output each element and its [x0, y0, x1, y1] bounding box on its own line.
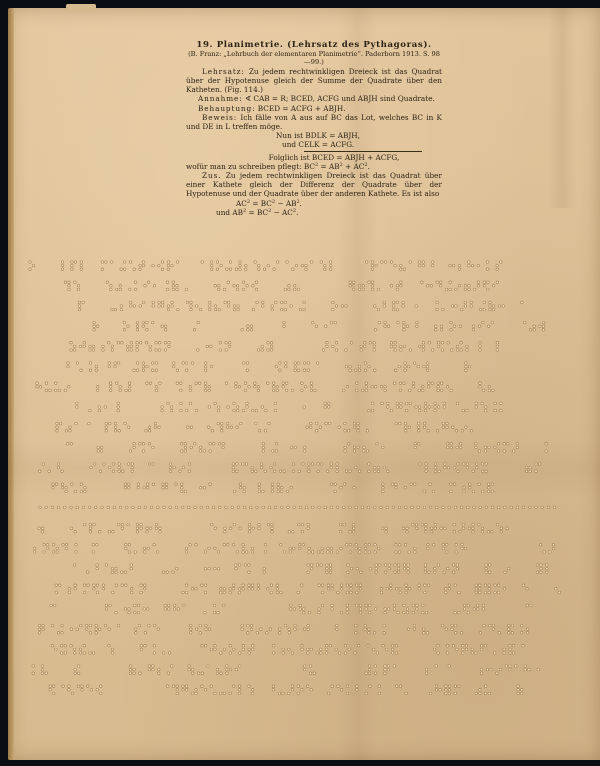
corollary-label: Zus.	[202, 171, 221, 180]
formula-text: = BC	[250, 199, 272, 208]
corollary-text: Zu jedem rechtwinkligen Dreieck ist das …	[186, 171, 442, 198]
claim-text: BCED = ACFG + ABJH.	[258, 104, 346, 113]
formula-text: + AC	[343, 162, 365, 171]
proof-label: Beweis:	[202, 113, 237, 122]
formula-text: − AB	[275, 199, 296, 208]
claim: Behauptung: BCED = ACFG + ABJH.	[186, 104, 442, 113]
page-title: 19. Planimetrie. (Lehrsatz des Pythagora…	[186, 40, 442, 50]
formula-text: .	[368, 162, 370, 171]
formula-text: AC	[236, 199, 247, 208]
source-citation: (B. Franz: „Lehrbuch der elementaren Pla…	[186, 50, 442, 67]
formula-text: = BC	[246, 208, 268, 217]
theorem-label: Lehrsatz:	[202, 67, 245, 76]
page-edge-tab	[66, 4, 96, 10]
formula-text: = AB	[318, 162, 339, 171]
conclusion: Folglich ist BCED = ABJH + ACFG,	[186, 153, 442, 162]
proof: Beweis: Ich fälle von A aus auf BC das L…	[186, 113, 442, 131]
assumption-text: ∢ CAB = R; BCED, ACFG und ABJH sind Quad…	[245, 94, 435, 103]
formula-text: wofür man zu schreiben pflegt: BC	[186, 162, 315, 171]
divider-rule	[304, 151, 422, 152]
claim-label: Behauptung:	[198, 104, 255, 113]
proof-step-1: Nun ist BDLK = ABJH,	[186, 131, 442, 140]
formula-text: − AC	[271, 208, 293, 217]
corollary: Zus. Zu jedem rechtwinkligen Dreieck ist…	[186, 171, 442, 199]
proof-step-2: und CELK = ACFG.	[186, 140, 442, 149]
conclusion-formula: wofür man zu schreiben pflegt: BC2 = AB2…	[186, 162, 442, 171]
formula-text: .	[296, 208, 298, 217]
assumption: Annahme: ∢ CAB = R; BCED, ACFG und ABJH …	[186, 94, 442, 103]
paper-fold	[548, 8, 576, 208]
formula-text: AB	[232, 208, 243, 217]
paper-fold	[8, 438, 600, 498]
formula-2: und AB2 = BC2 − AC2.	[186, 208, 442, 217]
printed-text-block: 19. Planimetrie. (Lehrsatz des Pythagora…	[186, 40, 442, 217]
assumption-label: Annahme:	[198, 94, 243, 103]
formula-text: .	[300, 199, 302, 208]
formula-1: AC2 = BC2 − AB2.	[186, 199, 442, 208]
formula-text: und	[216, 208, 230, 217]
theorem: Lehrsatz: Zu jedem rechtwinkligen Dreiec…	[186, 67, 442, 95]
